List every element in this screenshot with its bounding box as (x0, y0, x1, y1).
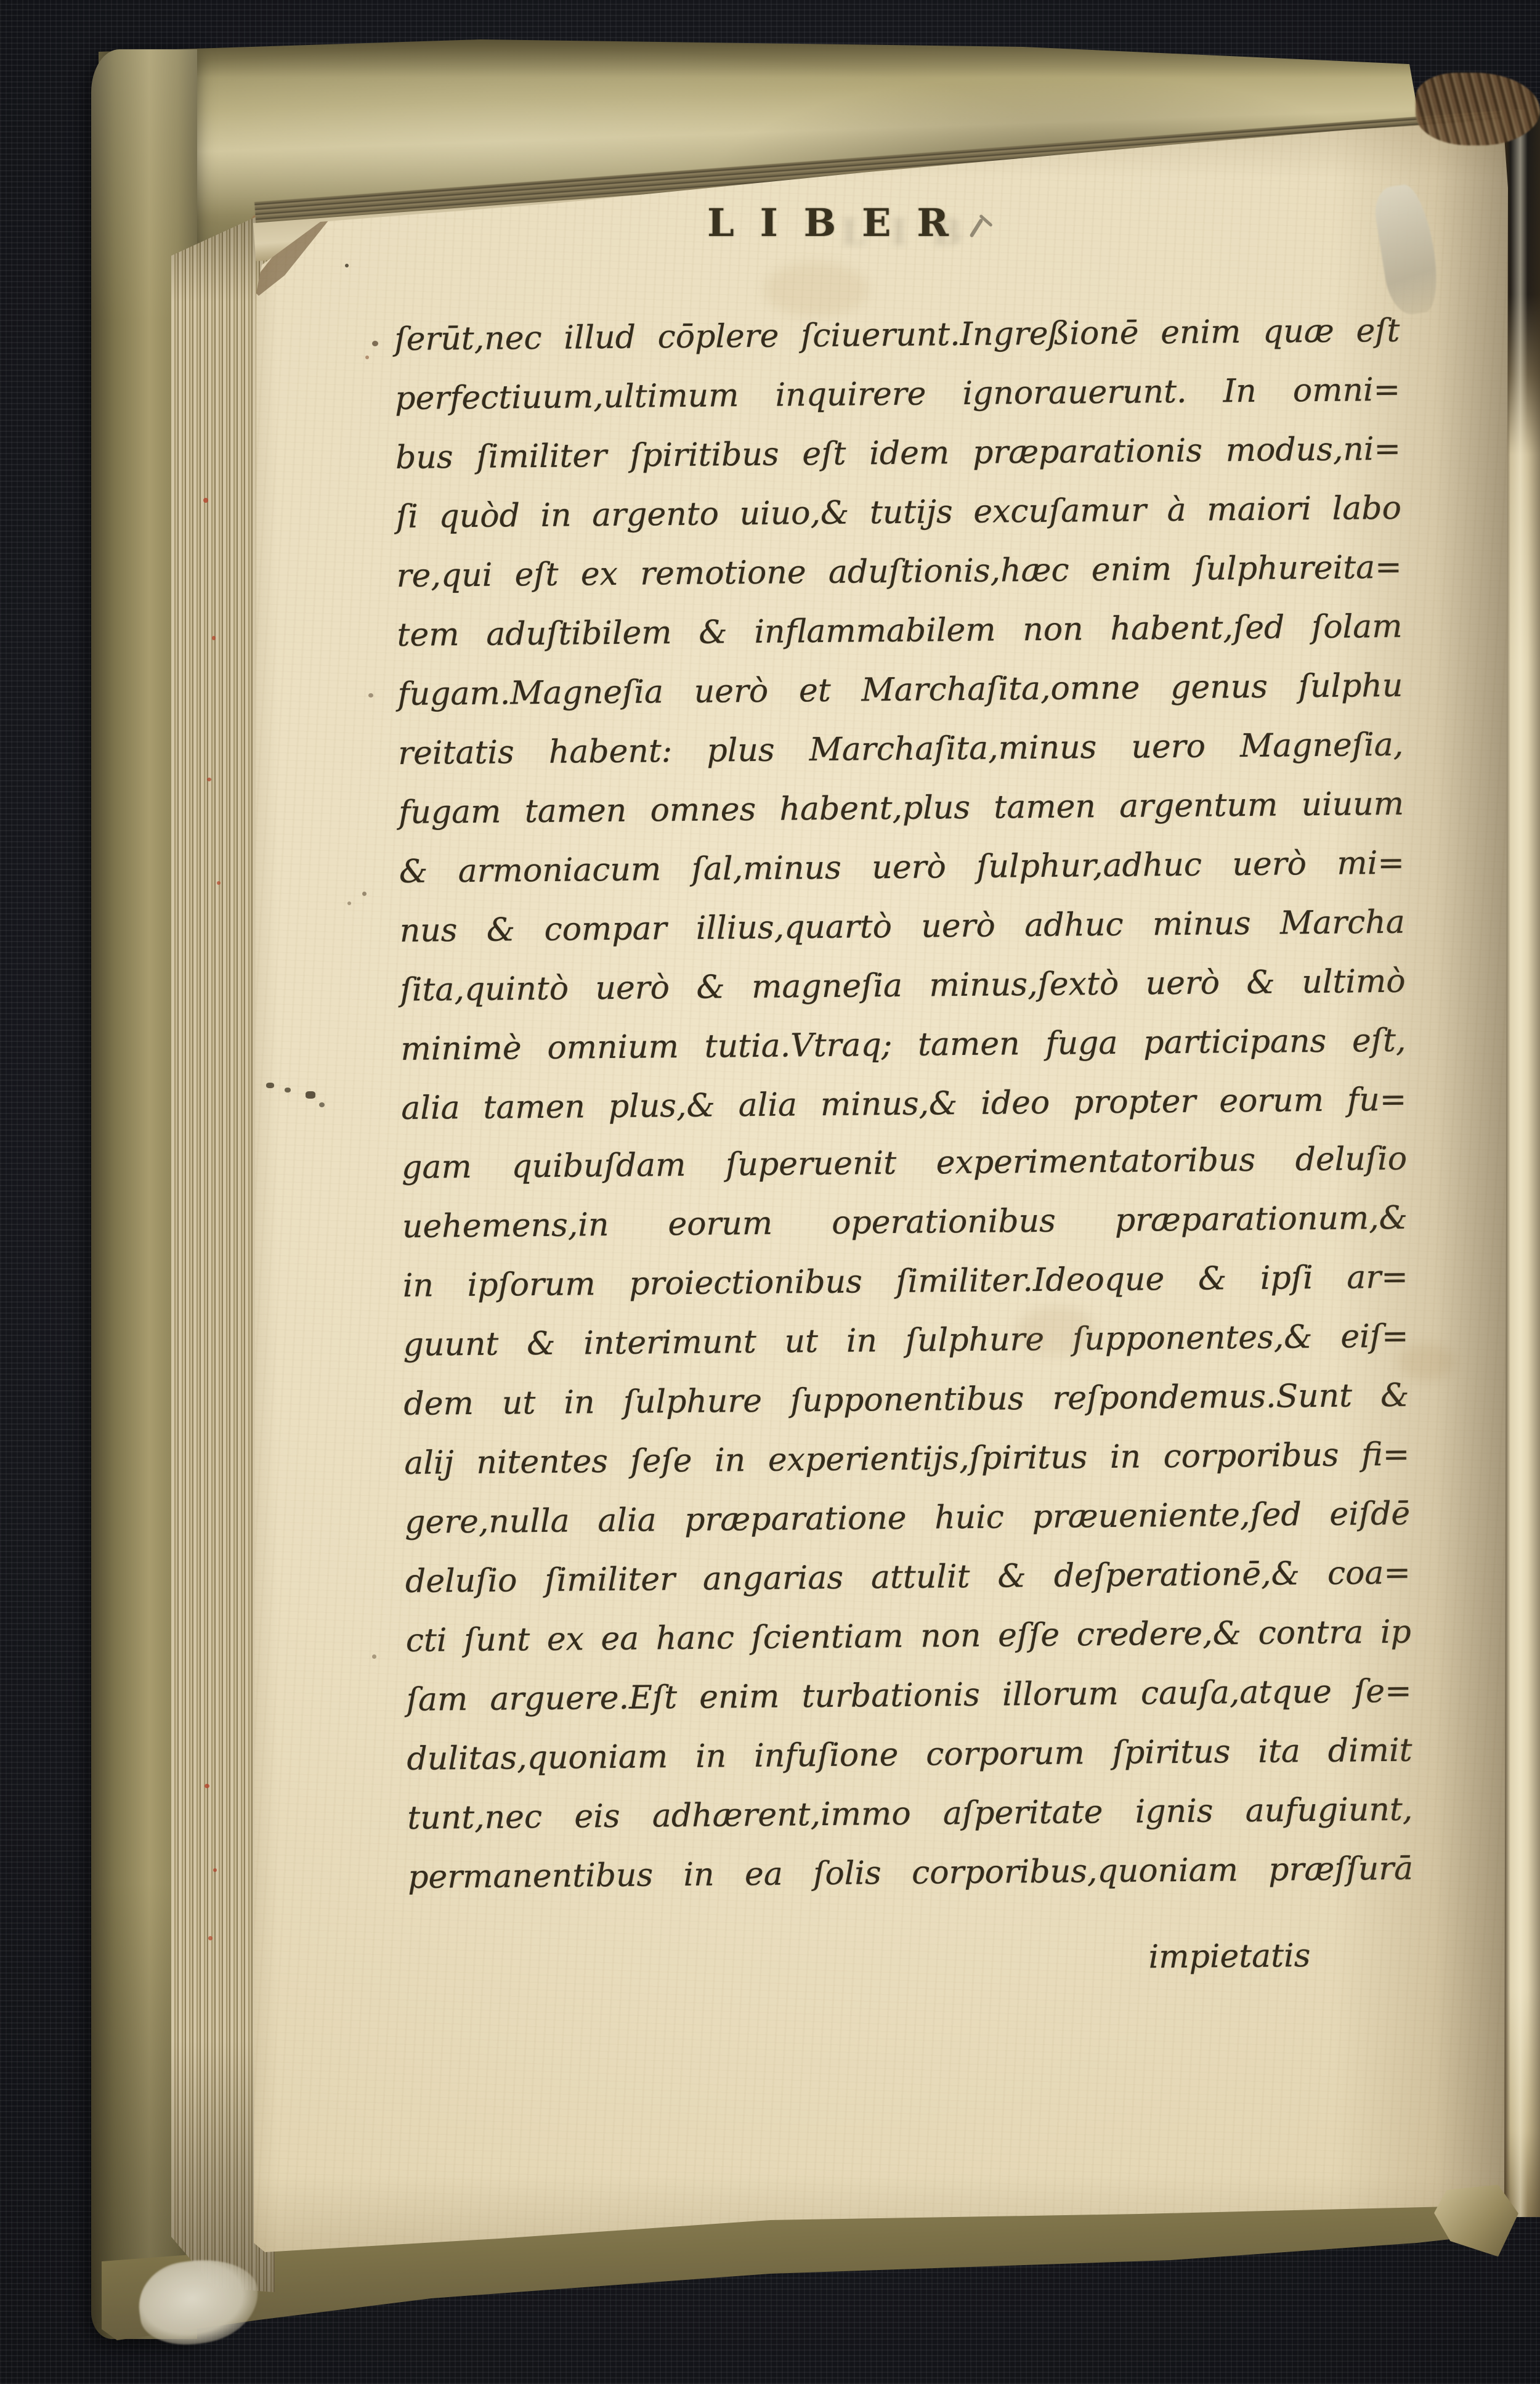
ink-dot (362, 892, 367, 896)
text-line: tem aduſtibilem & inflammabilem non habe… (397, 597, 1403, 665)
red-speckle (212, 636, 216, 640)
text-line: gere,nulla alia præparatione huic præuen… (405, 1484, 1411, 1552)
paper-stain (1398, 1343, 1454, 1380)
ink-speck-cluster (285, 1088, 291, 1092)
text-line: gam quibuſdam ſuperuenit experimentatori… (402, 1129, 1408, 1197)
text-line: permanentibus in ea ſolis corporibus,quo… (408, 1839, 1414, 1907)
red-speckle (207, 778, 211, 781)
header-ink-offset-ghost: LIBER (841, 211, 973, 267)
adjacent-page-edge (1502, 110, 1540, 2217)
ink-dot (372, 341, 378, 346)
text-line: ſerūt,nec illud cōplere ſciuerunt.Ingreß… (394, 301, 1400, 369)
red-speckle (217, 881, 221, 885)
text-line: re,qui eſt ex remotione aduſtionis,hæc e… (396, 538, 1402, 606)
text-line: reitatis habent: plus Marchaſita,minus u… (398, 715, 1404, 783)
photo-of-open-book: LIBER LIBER ſerūt,nec illud cōplere ſciu… (0, 0, 1540, 2384)
body-text: ſerūt,nec illud cōplere ſciuerunt.Ingreß… (394, 301, 1414, 1993)
text-line: alia tamen plus,& alia minus,& ideo prop… (401, 1070, 1407, 1138)
text-line: fugam.Magneſia uerò et Marchaſita,omne g… (397, 656, 1403, 724)
text-line: dem ut in ſulphure ſupponentibus reſpond… (403, 1366, 1409, 1434)
text-line: in ipſorum proiectionibus ſimiliter.Ideo… (402, 1248, 1408, 1316)
text-line: deluſio ſimiliter angarias attulit & deſ… (405, 1544, 1411, 1611)
red-speckle (205, 1784, 209, 1788)
text-line: alij nitentes ſeſe in experientijs,ſpiri… (404, 1425, 1410, 1493)
red-speckle (213, 1868, 217, 1872)
text-line: & armoniacum ſal,minus uerò ſulphur,adhu… (399, 834, 1405, 901)
red-speckle (203, 498, 208, 503)
ink-speck-cluster (319, 1102, 325, 1107)
text-line: uehemens,in eorum operationibus præparat… (402, 1189, 1408, 1256)
text-line: fugam tamen omnes habent,plus tamen arge… (399, 775, 1404, 842)
text-line: ſam arguere.Eſt enim turbationis illorum… (406, 1662, 1412, 1730)
text-line: perfectiuum,ultimum inquirere ignoraueru… (395, 360, 1401, 428)
text-line: cti ſunt ex ea hanc ſcientiam non eſſe c… (405, 1603, 1411, 1670)
text-line: guunt & interimunt ut in ſulphure ſuppon… (403, 1307, 1409, 1375)
red-speckle (208, 1936, 213, 1940)
frayed-threads (1416, 73, 1540, 145)
ink-dot (372, 1654, 376, 1659)
text-line: ſi quòd in argento uiuo,& tutijs excuſam… (396, 479, 1402, 547)
ink-speck-cluster (266, 1083, 274, 1088)
ink-dot (368, 693, 373, 698)
ink-dot (347, 901, 351, 905)
text-line: minimè omnium tutia.Vtraq; tamen fuga pa… (400, 1011, 1406, 1079)
text-line: nus & compar illius,quartò uerò adhuc mi… (399, 893, 1405, 961)
text-line: bus ſimiliter ſpiritibus eſt idem præpar… (395, 420, 1401, 487)
text-line: tunt,nec eis adhærent,immo aſperitate ig… (407, 1780, 1413, 1848)
book-page: LIBER LIBER ſerūt,nec illud cōplere ſciu… (246, 114, 1510, 2261)
ink-dot (365, 356, 369, 359)
paper-stain (764, 262, 869, 317)
text-line: dulitas,quoniam in infuſione corporum ſp… (407, 1721, 1412, 1789)
catchword: impietatis (408, 1926, 1414, 1993)
paper-stain (1016, 1306, 1096, 1356)
ink-speck-cluster (306, 1091, 315, 1099)
text-line: ſita,quintò uerò & magneſia minus,ſextò … (400, 952, 1406, 1020)
ink-speck (345, 264, 349, 267)
